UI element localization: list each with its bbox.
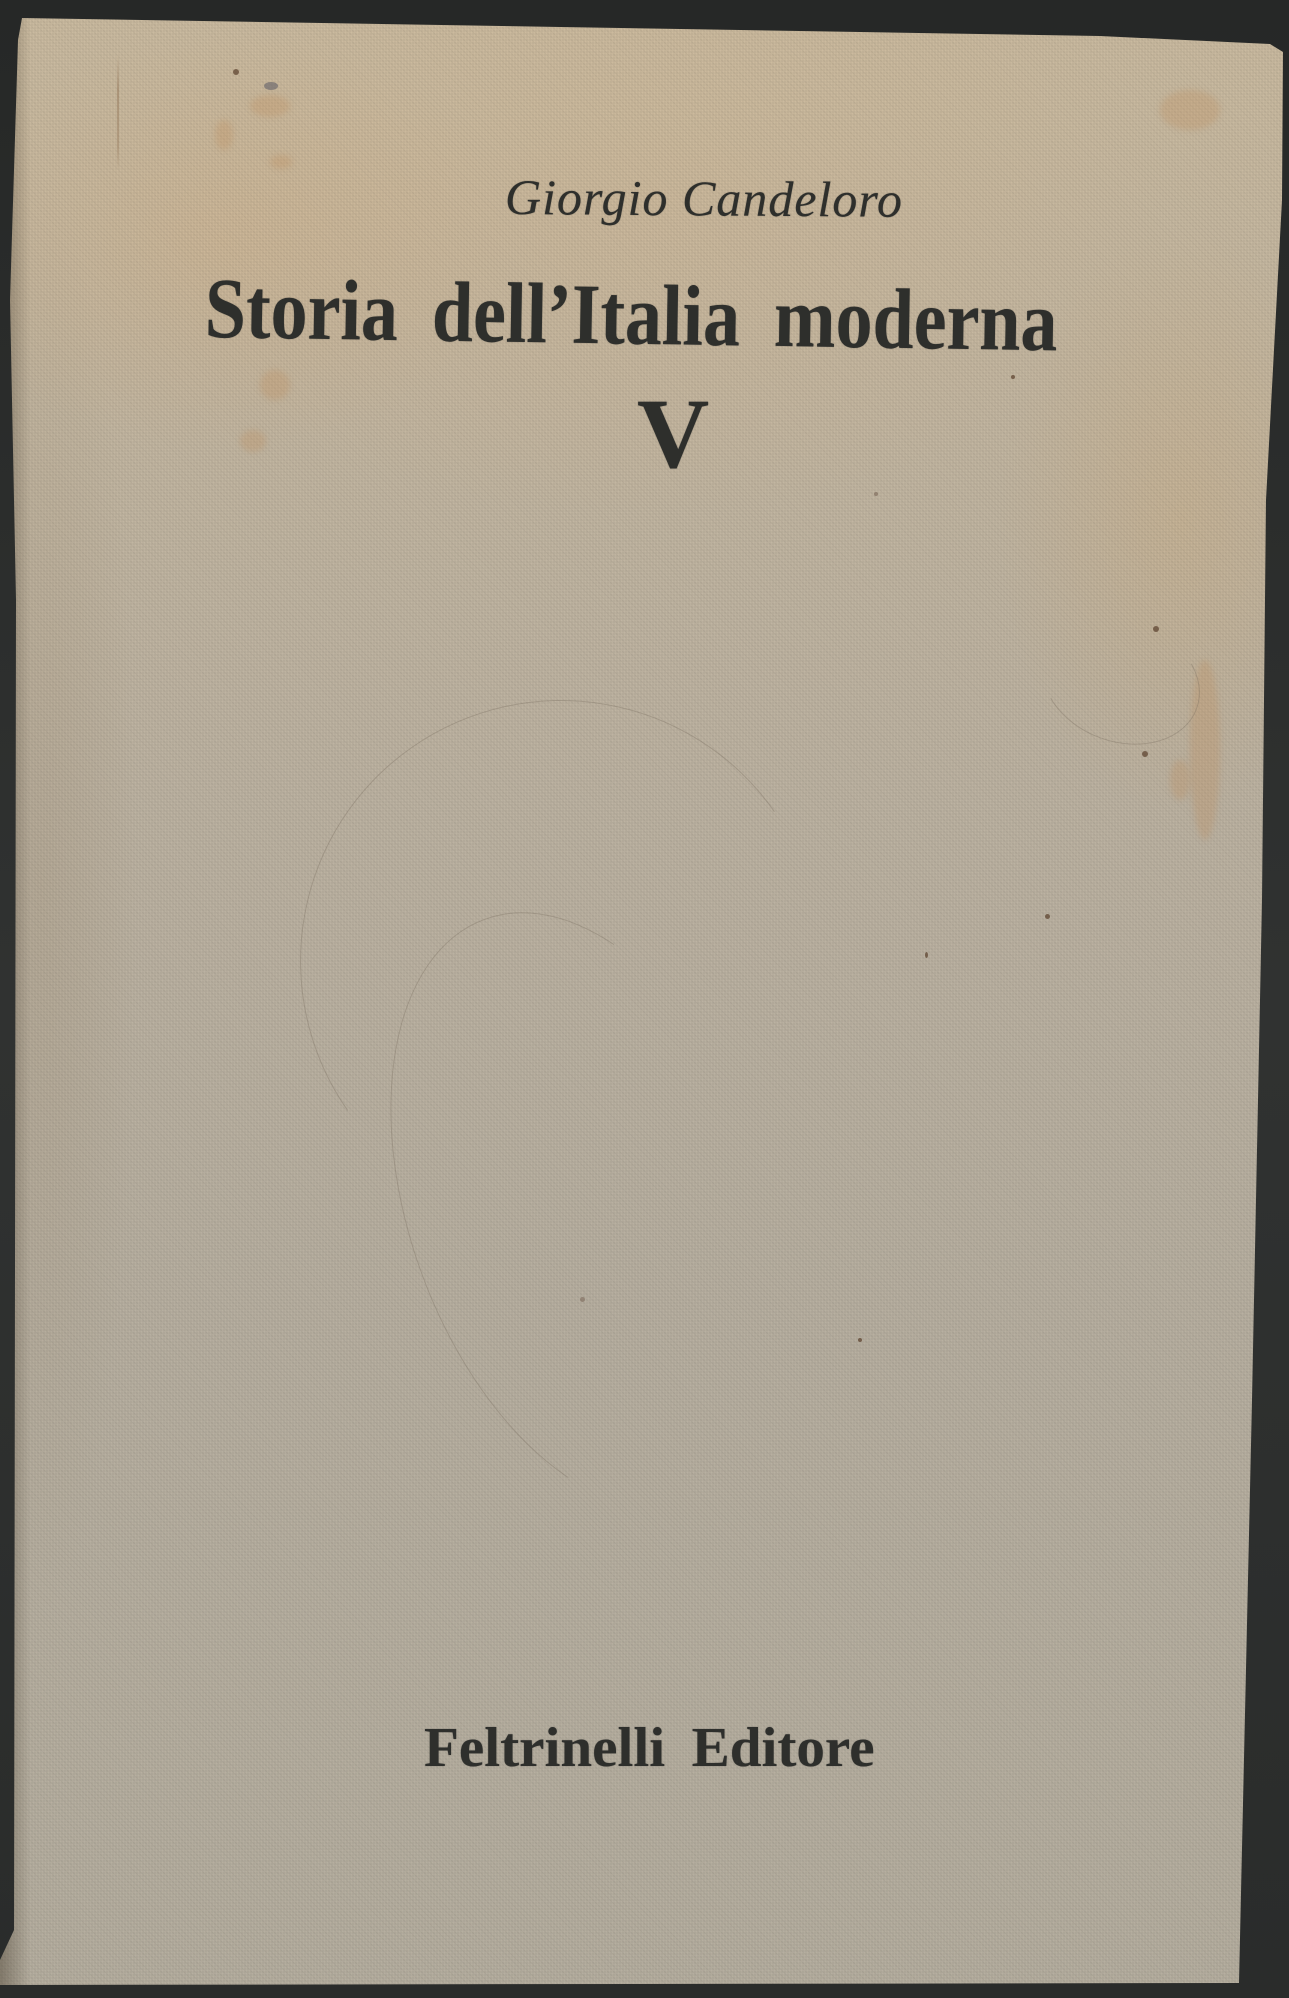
- spot: [874, 492, 878, 496]
- spot: [1045, 914, 1050, 919]
- spot: [264, 82, 278, 90]
- spot: [925, 952, 928, 958]
- stain: [270, 155, 292, 169]
- scratch-mark: [1024, 596, 1218, 766]
- spine-crease: [117, 55, 119, 170]
- stain: [260, 370, 290, 400]
- book-cover: Giorgio Candeloro Storia dell’Italia mod…: [0, 0, 1289, 1998]
- spot: [1011, 375, 1015, 379]
- spot: [1142, 751, 1148, 757]
- publisher-name: Feltrinelli Editore: [424, 1716, 875, 1780]
- stain: [215, 120, 233, 150]
- book-title: Storia dell’Italia moderna: [204, 258, 1058, 371]
- spot: [858, 1338, 862, 1342]
- volume-number: V: [637, 384, 709, 484]
- stain: [250, 95, 290, 117]
- stain: [240, 430, 266, 452]
- stain: [1160, 90, 1220, 130]
- spot: [233, 69, 239, 75]
- author-name: Giorgio Candeloro: [505, 168, 903, 229]
- stain: [1170, 760, 1190, 800]
